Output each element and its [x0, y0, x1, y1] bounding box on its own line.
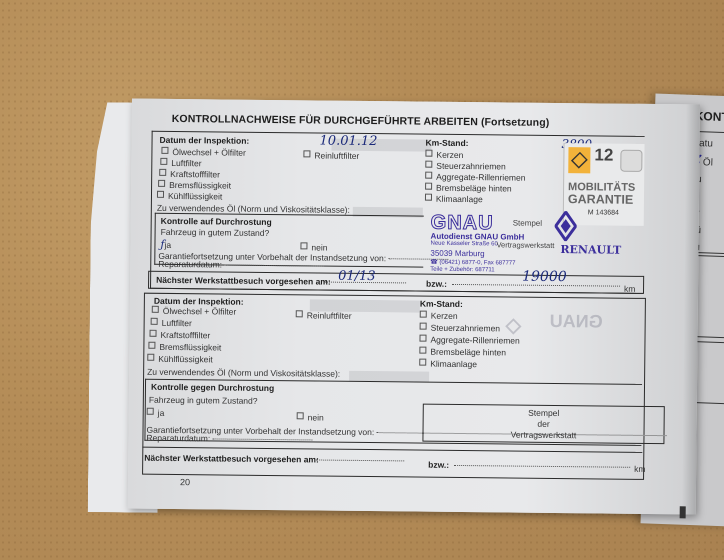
entry-1-item[interactable]: Steuerzahnriemen: [425, 161, 506, 172]
entry-1-middle-item[interactable]: Reinluftfilter: [303, 150, 359, 161]
entry-1-condition-question: Fahrzeug in gutem Zustand?: [161, 227, 270, 238]
checkbox-icon: [303, 150, 310, 157]
checkbox-icon: [147, 354, 154, 361]
entry-2-item[interactable]: Ölwechsel + Ölfilter: [152, 306, 237, 317]
dealer-stamp: GNAU Stempel Autodienst GNAU GmbH Neue K…: [430, 212, 631, 280]
checkbox-icon: [425, 172, 432, 179]
renault-diamond-ghost-icon: ◇: [506, 312, 522, 337]
entry-2-item[interactable]: Bremsflüssigkeit: [148, 342, 221, 353]
entry-2-km-label: Km-Stand:: [420, 299, 463, 309]
entry-2-item[interactable]: Kraftstofffilter: [149, 330, 210, 341]
checkbox-icon: [159, 169, 166, 176]
entry-2-rust-title: Kontrolle gegen Durchrostung: [151, 382, 274, 393]
checkbox-icon: [420, 323, 427, 330]
checkbox-icon: [419, 347, 426, 354]
entry-2-item[interactable]: Bremsbeläge hinten: [419, 347, 506, 358]
entry-2-item[interactable]: Steuerzahnriemen: [420, 323, 501, 334]
entry-1-item[interactable]: Bremsbeläge hinten: [425, 183, 512, 194]
checkbox-icon: [161, 147, 168, 154]
entry-1-date-label: Datum der Inspektion:: [160, 135, 250, 146]
renault-logo-icon: [568, 147, 590, 173]
entry-1-date-value[interactable]: 10.01.12: [319, 134, 377, 150]
checkbox-icon: [425, 161, 432, 168]
checkbox-icon: [160, 158, 167, 165]
entry-2-item[interactable]: Klimaanlage: [419, 359, 477, 370]
checkbox-icon: [425, 150, 432, 157]
entry-1-item[interactable]: Ölwechsel + Ölfilter: [161, 147, 246, 158]
entry-1-item[interactable]: Aggregate-Rillenriemen: [425, 172, 525, 183]
entry-2-no-option[interactable]: nein: [297, 412, 324, 422]
dacia-logo-icon: [620, 150, 642, 172]
checkbox-icon: [425, 194, 432, 201]
checkbox-icon: [148, 342, 155, 349]
entry-2-middle-item[interactable]: Reinluftfilter: [296, 310, 352, 321]
entry-1-repair-date: Reparaturdatum:: [158, 259, 324, 271]
checkbox-icon: [152, 306, 159, 313]
checkbox-icon: [158, 180, 165, 187]
entry-2-condition-question: Fahrzeug in gutem Zustand?: [149, 395, 258, 406]
entry-2-or-label: bzw.:: [428, 460, 449, 470]
checkbox-icon: [296, 310, 303, 317]
checkbox-icon: [425, 183, 432, 190]
page-title: KONTROLLNACHWEISE FÜR DURCHGEFÜHRTE ARBE…: [172, 113, 550, 129]
booklet-page: KONTROLLNACHWEISE FÜR DURCHGEFÜHRTE ARBE…: [128, 99, 700, 515]
checkbox-icon: [300, 242, 307, 249]
checkbox-icon: [147, 408, 154, 415]
entry-1-next-visit-value[interactable]: 01/13: [338, 269, 376, 284]
entry-1-item[interactable]: Luftfilter: [160, 158, 201, 168]
checkbox-icon: [150, 330, 157, 337]
stamp-show-through: GNAU: [550, 311, 603, 333]
entry-1-or-label: bzw.:: [426, 279, 447, 289]
renault-diamond-icon: [555, 211, 577, 241]
entry-1-km-label: Km-Stand:: [425, 138, 468, 148]
checkbox-icon: [157, 191, 164, 198]
entry-1-item[interactable]: Bremsflüssigkeit: [158, 180, 231, 191]
entry-2-item[interactable]: Luftfilter: [151, 318, 192, 328]
entry-2-oil-label: Zu verwendendes Öl (Norm und Viskositäts…: [147, 367, 340, 379]
page-tab-marker: [680, 506, 686, 518]
entry-2-item[interactable]: Kerzen: [420, 311, 458, 321]
entry-1-yes-option[interactable]: ƒja: [160, 238, 171, 251]
entry-2-item[interactable]: Kühlflüssigkeit: [147, 354, 212, 365]
entry-1-rust-title: Kontrolle auf Durchrostung: [161, 216, 272, 227]
checkbox-icon: [419, 335, 426, 342]
entry-2-yes-option[interactable]: ja: [147, 408, 165, 418]
checkbox-icon: [297, 412, 304, 419]
page-number: 20: [180, 477, 190, 487]
entry-1-next-visit-label: Nächster Werkstattbesuch vorgesehen am:: [156, 275, 331, 287]
entry-2-next-visit-label: Nächster Werkstattbesuch vorgesehen am:: [144, 453, 319, 465]
entry-2-repair-date: Reparaturdatum:: [146, 433, 312, 445]
entry-1-no-option[interactable]: nein: [300, 242, 327, 252]
entry-1-km-unit: km: [624, 284, 635, 294]
checkbox-icon: [420, 311, 427, 318]
service-booklet: KONTROLLNACHWEISE FÜR DURCHGEFÜHRTE ARBE…: [76, 98, 720, 525]
entry-1-item[interactable]: Kühlflüssigkeit: [157, 191, 222, 202]
checkbox-icon: [151, 318, 158, 325]
checkbox-icon: [419, 359, 426, 366]
entry-1-item[interactable]: Kerzen: [425, 150, 463, 160]
entry-1-item[interactable]: Klimaanlage: [425, 194, 483, 205]
entry-1-item[interactable]: Kraftstofffilter: [159, 169, 220, 180]
entry-2-km-unit: km: [634, 464, 645, 474]
